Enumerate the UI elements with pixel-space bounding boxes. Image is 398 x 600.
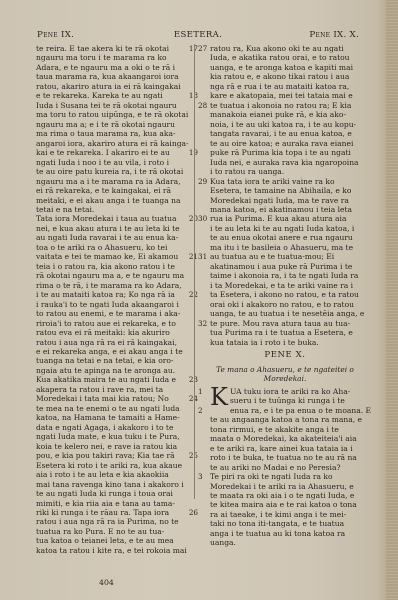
text-line: au tuatua au e te tuatua-mou; Ei31 xyxy=(210,252,360,261)
verse-number: 31 xyxy=(198,252,207,261)
text-line: nei, e kua akau atura i te au leta ki te xyxy=(36,224,186,233)
text-line: ngauru ma a; e i te rā okotai ngauru xyxy=(36,120,186,129)
text-line: angaroi iora, akariro atura ei rā kainga… xyxy=(36,139,186,148)
text-line: to ratou au enemi, e te marama i aka- xyxy=(36,309,186,318)
text-line: ei rā rekareka, e te kaingakai, ei rā xyxy=(36,186,186,195)
text-line: ta Esetera, i akono no ratou, e ta ratou xyxy=(210,290,360,299)
text-line: i rauka'i to te ngati Iuda akaangaroi i xyxy=(36,300,186,309)
left-column: te reira. E tae akera ki te rā okotai17n… xyxy=(36,44,186,555)
text-line: Iuda nei, e auraka rava kia ngaropoina xyxy=(210,158,360,167)
text-line: te maata ra oki aia i o te ngati Iuda, e xyxy=(210,491,360,500)
verse-number: 29 xyxy=(198,177,207,186)
text-line: akatinamou i aua puke rā Purima i te xyxy=(210,262,360,271)
text-line: kai e te rekareka. I akariro ei te au19 xyxy=(36,148,186,157)
text-line: ma toru to ratou uipūnga, e te rā okotai xyxy=(36,110,186,119)
text-line: ngauru ma a i te marama ra ia Adara, xyxy=(36,177,186,186)
text-line: uanga. xyxy=(210,538,360,547)
text-line: te reira. E tae akera ki te rā okotai17 xyxy=(36,44,186,53)
text-line: tuatua ra ko Pura. E no te au tua- xyxy=(36,527,186,536)
text-line: katoa, na Hamana te tamaiti a Hame- xyxy=(36,413,186,422)
verse-number: 3 xyxy=(198,472,203,481)
text-line: taime i akonoia ra, i ta te ngati Iuda r… xyxy=(210,271,360,280)
text-line: ratou ra, Kua akono oki te au ngati27 xyxy=(210,44,360,53)
header-right: Pene IX. X. xyxy=(309,30,359,40)
text-line: teia i o ratou ra, kia akono ratou i te xyxy=(36,262,186,271)
text-line: te mea na te enemi o te au ngati Iuda xyxy=(36,404,186,413)
text-line: Adara, e te ngauru ma a oki o te rā i xyxy=(36,63,186,72)
text-line: meitaki, e ei akau anga i te tuanga na xyxy=(36,196,186,205)
chapter-summary: Te mana o Ahasueru, e te ngateitei o Mor… xyxy=(210,365,360,384)
text-line: i te au mataiti katoa ra; Ko nga rā ia22 xyxy=(36,290,186,299)
text-line: kia ratou e, e akono tikai ratou i aua xyxy=(210,72,360,81)
text-line: au ngati Iuda ravarai i te au enua ka- xyxy=(36,233,186,242)
text-line: Esetera ki roto i te ariki ra, kua akaue xyxy=(36,461,186,470)
text-line: vaitata e tei te mamao ke, Ei akamou21 xyxy=(36,252,186,261)
text-line: te tuatua i akonoia no ratou ra; E kia28 xyxy=(210,101,360,110)
text-line: pou, e kia pou takiri rava; Kia tae rā25 xyxy=(36,451,186,460)
text-line: rā okotai ngauru ma a, e te ngauru ma xyxy=(36,271,186,280)
text-line: ra ai taeake, i te kimi anga i te mei- xyxy=(210,510,360,519)
text-line: te au angaanga katoa a tona ra mana, e xyxy=(210,415,360,424)
verse-number: 30 xyxy=(198,214,207,223)
text-line: ngauru ma toru i te marama ra ko xyxy=(36,53,186,62)
text-line: te au oire katoa; e auraka rava eianei xyxy=(210,139,360,148)
text-line: puke rā Purima kia topa i te au ngati xyxy=(210,148,360,157)
text-line: ratou, akariro atura ia ei rā kaingakai xyxy=(36,82,186,91)
text-line: taua marama ra, kua akaangaroi iora xyxy=(36,72,186,81)
verse-number: 28 xyxy=(198,101,207,110)
verse-number: 32 xyxy=(198,319,207,328)
text-line: UA tuku iora te ariki ra ko Aha-1 xyxy=(210,387,360,396)
text-line: enua ra, e i te pa enua o te moana. E2 xyxy=(210,406,360,415)
text-line: riki ki runga i te rāau ra. Tapa iora26 xyxy=(36,508,186,517)
text-line: mai tana ravenga kino tana i akakoro i xyxy=(36,480,186,489)
text-line: ma itu i te basileia o Ahasueru, ma te xyxy=(210,243,360,252)
text-line: uanga, e te aronga katoa e kapiti mai xyxy=(210,63,360,72)
text-line: tua Purima ra i te tuatua a Esetera, e xyxy=(210,328,360,337)
text-line: Esetera, te tamaine na Abihaila, e ko xyxy=(210,186,360,195)
text-line: mimiti, e kia riia aia e tana au tama- xyxy=(36,499,186,508)
text-line: te kitea maira aia e te rai katoa o tona xyxy=(210,500,360,509)
text-line: tona rirmui, e te akakite anga i te xyxy=(210,425,360,434)
text-line: data e ngati Agaga, i akakoro i to te xyxy=(36,423,186,432)
text-line: Iuda, e akatika ratou orai, e to ratou xyxy=(210,53,360,62)
text-line: ratou i aua nga rā ra ia Purima, no te xyxy=(36,517,186,526)
right-column: ratou ra, Kua akono oki te au ngati27Iud… xyxy=(210,44,360,548)
text-line: rua ia Purima. E kua akau atura aia30 xyxy=(210,214,360,223)
text-line: te au ngati Iuda ki runga i toua orai xyxy=(36,489,186,498)
text-line: e ei rekareka anga, e ei akau anga i te xyxy=(36,347,186,356)
text-line: koia te kelero nei, e rave ia ratou kia xyxy=(36,442,186,451)
text-line: tangata ravarai, i te au enua katoa, e xyxy=(210,129,360,138)
text-line: ratou i aua nga rā ra ei rā kaingakai, xyxy=(36,338,186,347)
text-line: Moredekai ngati Iuda, ma te rave ra xyxy=(210,196,360,205)
text-line: maata o Moredekai, ka akateiteia'i aia xyxy=(210,434,360,443)
text-line: rima o te rā, i te marama ra ko Adara, xyxy=(36,281,186,290)
running-header: Pene IX. ESETERA. Pene IX. X. xyxy=(37,30,359,42)
text-line: ngaia atu te apinga na te aronga au. xyxy=(36,366,186,375)
text-line: katoa ta ratou i kite ra, e tei rokoia m… xyxy=(36,546,186,555)
text-line: orai oki i akakoro no ratou, e to ratou xyxy=(210,300,360,309)
text-line: te au enua okotai anere e rua ngauru xyxy=(210,233,360,242)
page-stack-edge xyxy=(386,0,398,600)
chapter-heading: PENE X. xyxy=(210,351,360,363)
text-line: taki no tona iti-tangata, e te tuatua xyxy=(210,519,360,528)
text-line: te au oire patu kureia ra, i te rā okota… xyxy=(36,167,186,176)
text-line: Te piri ra oki te ngati Iuda ra ko3 xyxy=(210,472,360,481)
text-line: toa o te ariki ra o Ahasueru, ko tei xyxy=(36,243,186,252)
text-line: riroia'i to ratou aue ei rekareka, e to xyxy=(36,319,186,328)
text-line: Iuda i Susana tei te rā okotai ngauru xyxy=(36,101,186,110)
text-line: mana katoa, ei akatinamou i teia leta xyxy=(210,205,360,214)
text-line: roto i te buka, te tuatua no te au rā na xyxy=(210,453,360,462)
text-line: Moredekai i tata mai kia ratou; No24 xyxy=(36,394,186,403)
text-line: manakoia eianei puke rā, e kia ako- xyxy=(210,110,360,119)
text-line: tetai e na tetai. xyxy=(36,205,186,214)
text-line: Tata iora Moredekai i taua au tuatua20 xyxy=(36,214,186,223)
text-line: i to ratou ra uanga. xyxy=(210,167,360,176)
book-page: Pene IX. ESETERA. Pene IX. X. te reira. … xyxy=(0,0,388,600)
verse-number: 2 xyxy=(198,406,203,415)
text-line: kua tataia ia i roto i te buka. xyxy=(210,338,360,347)
text-line: kare e akatopaia, mei tei tataia mai e xyxy=(210,91,360,100)
text-line: uanga, te au tuatua i te nesetēia anga, … xyxy=(210,309,360,318)
text-line: i ta Moredekai, e ta te ariki vaine ra i xyxy=(210,281,360,290)
text-line: tuanga na tetai e na tetai, e kia oro- xyxy=(36,356,186,365)
column-divider xyxy=(194,44,195,499)
text-line: anga i te tuatua au ki tona katoa ra xyxy=(210,529,360,538)
text-line: noia, i te au uki katoa ra, i te au kopu… xyxy=(210,120,360,129)
text-line: sueru i te tuūnga ki runga i te xyxy=(210,396,360,405)
text-line: i te au leta ki te au ngati Iuda katoa, … xyxy=(210,224,360,233)
text-line: Kua akatika maira te au ngati Iuda e23 xyxy=(36,375,186,384)
text-line: nga rā e rua i te au mataiti katoa ra, xyxy=(210,82,360,91)
text-line: te pure. Mou rava atura taua au tua-32 xyxy=(210,319,360,328)
text-line: e te rekareka. Kareka te au ngati18 xyxy=(36,91,186,100)
text-line: tua katoa o teianei leta, e te au mea xyxy=(36,536,186,545)
text-line: te au ariki no Madai e no Peresia? xyxy=(210,463,360,472)
text-line: akapera ta ratou i rave ra, mei ta xyxy=(36,385,186,394)
page-number: 404 xyxy=(99,578,114,587)
text-line: aia i roto i te au leta e kia akaokiia xyxy=(36,470,186,479)
verse-number: 26 xyxy=(189,508,198,517)
text-line: Kua tata iora te ariki vaine ra ko29 xyxy=(210,177,360,186)
text-line: Moredekai i te ariki ra ia Ahasueru, e xyxy=(210,482,360,491)
text-line: e te ariki ra, kare ainei kua tataia ia … xyxy=(210,444,360,453)
text-line: ngati Iuda mate, e kua tuku i te Pura, xyxy=(36,432,186,441)
text-line: ratou eva ei rā meitaki: kia akuriro xyxy=(36,328,186,337)
text-line: ngati Iuda i noo i te au vila, i roto i xyxy=(36,158,186,167)
text-line: ma rima o taua marama ra, kua aka- xyxy=(36,129,186,138)
verse-number: 1 xyxy=(198,387,203,396)
verse-number: 27 xyxy=(198,44,207,53)
